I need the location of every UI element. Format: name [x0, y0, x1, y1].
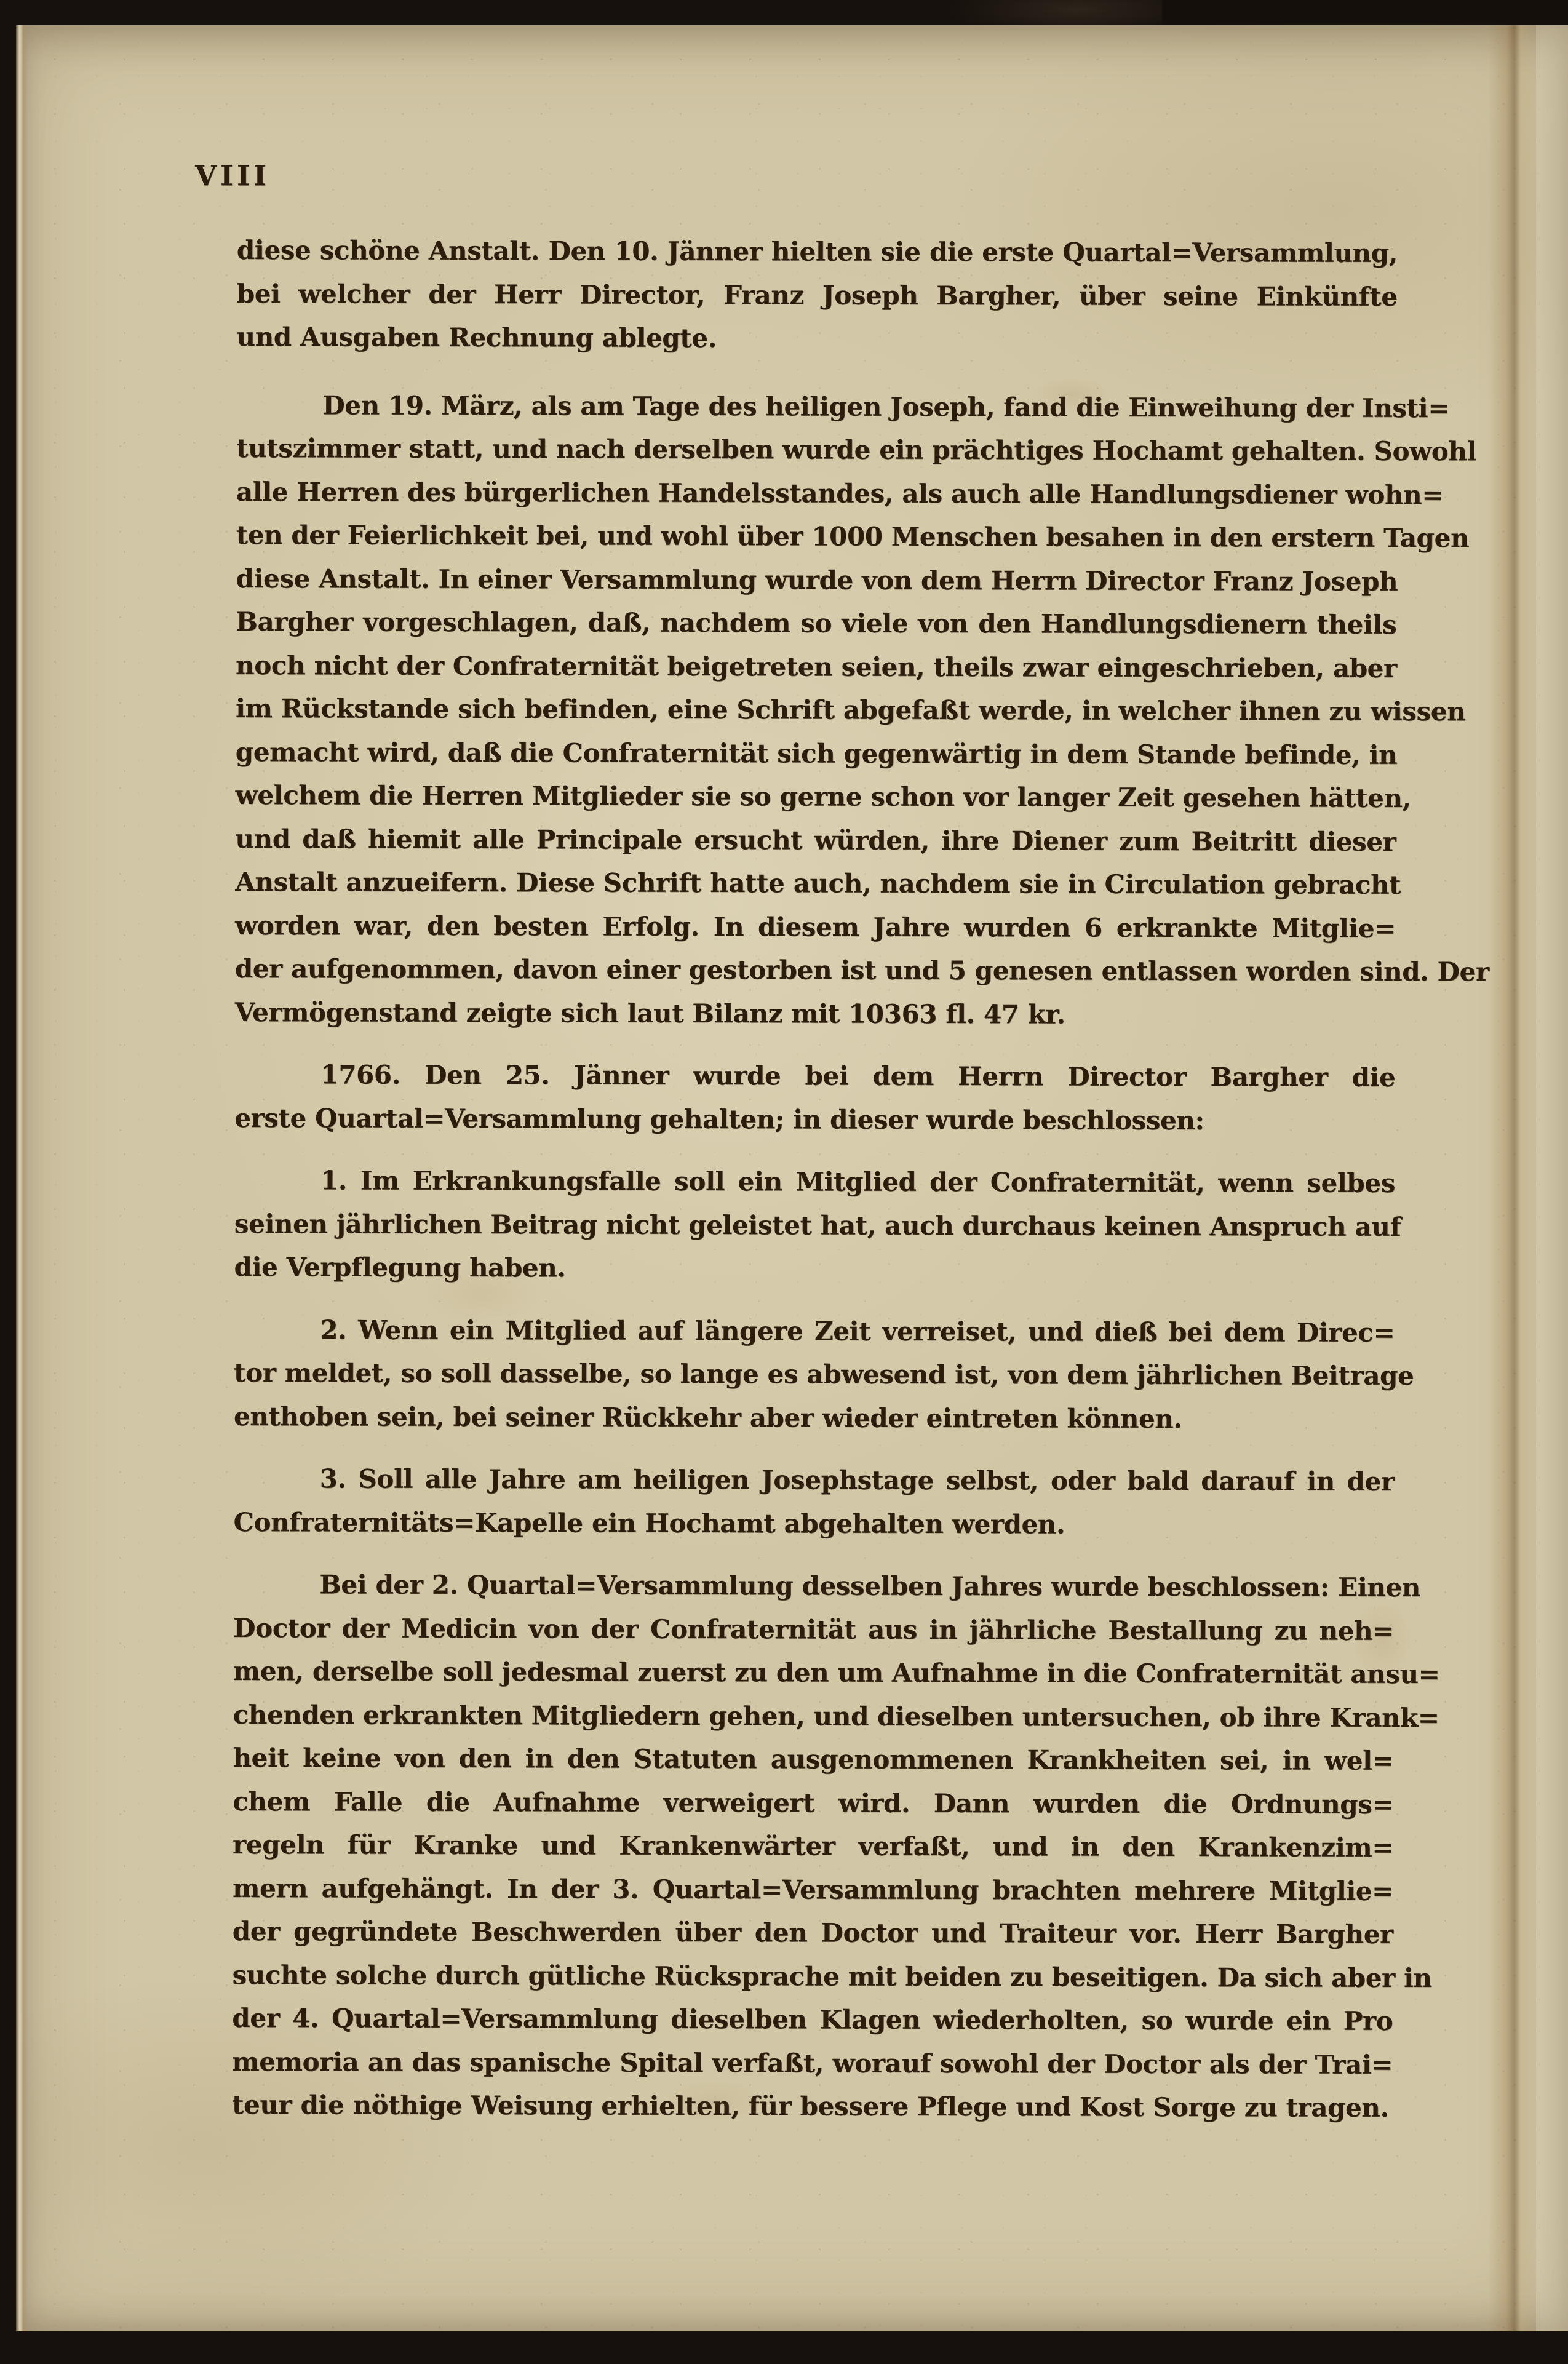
- text-line: tor meldet, so soll dasselbe, so lange e…: [234, 1351, 1395, 1398]
- page-left-edge: [16, 25, 28, 2331]
- page-number: VIII: [195, 159, 270, 192]
- text-line: mern aufgehängt. In der 3. Quartal=Versa…: [233, 1866, 1393, 1912]
- text-line: diese Anstalt. In einer Versammlung wurd…: [236, 557, 1396, 603]
- paragraph: Bei der 2. Quartal=Versammlung desselben…: [232, 1563, 1394, 2130]
- text-line: heit keine von den in den Statuten ausge…: [233, 1737, 1393, 1783]
- text-line: 2. Wenn ein Mitglied auf längere Zeit ve…: [234, 1308, 1395, 1354]
- text-line: tutszimmer statt, und nach derselben wur…: [236, 427, 1397, 473]
- text-line: Bargher vorgeschlagen, daß, nachdem so v…: [236, 600, 1396, 647]
- text-line: erste Quartal=Versammlung gehalten; in d…: [234, 1096, 1395, 1142]
- text-line: alle Herren des bürgerlichen Handelsstan…: [236, 470, 1397, 516]
- text-line: teur die nöthige Weisung erhielten, für …: [232, 2083, 1393, 2130]
- text-line: der gegründete Beschwerden über den Doct…: [233, 1910, 1393, 1956]
- text-line: Doctor der Medicin von der Confraternitä…: [233, 1606, 1394, 1652]
- next-leaf-strip: [1536, 25, 1568, 2331]
- text-line: men, derselbe soll jedesmal zuerst zu de…: [233, 1650, 1394, 1696]
- text-line: Den 19. März, als am Tage des heiligen J…: [236, 383, 1397, 429]
- text-line: 1. Im Erkrankungsfalle soll ein Mitglied…: [234, 1159, 1395, 1205]
- book-scan: VIII diese schöne Anstalt. Den 10. Jänne…: [0, 0, 1568, 2364]
- text-line: Bei der 2. Quartal=Versammlung desselben…: [233, 1563, 1394, 1609]
- text-block: diese schöne Anstalt. Den 10. Jänner hie…: [232, 229, 1398, 2130]
- text-line: 1766. Den 25. Jänner wurde bei dem Herrn…: [234, 1053, 1395, 1099]
- text-line: und Ausgaben Rechnung ablegte.: [236, 316, 1397, 362]
- book-page: VIII diese schöne Anstalt. Den 10. Jänne…: [16, 25, 1568, 2331]
- text-line: worden war, den besten Erfolg. In diesem…: [235, 904, 1396, 950]
- paragraph: 1. Im Erkrankungsfalle soll ein Mitglied…: [234, 1159, 1395, 1292]
- text-line: chenden erkrankten Mitgliedern gehen, un…: [233, 1693, 1394, 1739]
- text-line: chem Falle die Aufnahme verweigert wird.…: [233, 1780, 1393, 1826]
- page-crease: [1488, 25, 1536, 2331]
- paragraph: 1766. Den 25. Jänner wurde bei dem Herrn…: [234, 1053, 1395, 1143]
- text-line: memoria an das spanische Spital verfaßt,…: [232, 2040, 1393, 2086]
- text-line: und daß hiemit alle Principale ersucht w…: [235, 817, 1396, 863]
- paragraph: 2. Wenn ein Mitglied auf längere Zeit ve…: [234, 1308, 1395, 1441]
- text-line: im Rückstande sich befinden, eine Schrif…: [236, 687, 1396, 733]
- paragraph: 3. Soll alle Jahre am heiligen Josephsta…: [233, 1457, 1394, 1547]
- text-line: Confraternitäts=Kapelle ein Hochamt abge…: [233, 1500, 1394, 1546]
- text-line: der aufgenommen, davon einer gestorben i…: [235, 947, 1396, 993]
- text-line: enthoben sein, bei seiner Rückkehr aber …: [234, 1395, 1395, 1441]
- text-line: seinen jährlichen Beitrag nicht geleiste…: [234, 1202, 1395, 1248]
- text-line: der 4. Quartal=Versammlung dieselben Kla…: [232, 1997, 1393, 2043]
- text-line: welchem die Herren Mitglieder sie so ger…: [235, 774, 1396, 820]
- text-line: suchte solche durch gütliche Rücksprache…: [232, 1953, 1393, 1999]
- text-line: noch nicht der Confraternität beigetrete…: [236, 643, 1396, 690]
- text-line: diese schöne Anstalt. Den 10. Jänner hie…: [237, 229, 1398, 275]
- text-line: die Verpflegung haben.: [234, 1246, 1395, 1292]
- text-line: Vermögenstand zeigte sich laut Bilanz mi…: [235, 990, 1396, 1037]
- text-line: bei welcher der Herr Director, Franz Jos…: [237, 272, 1398, 318]
- paragraph: diese schöne Anstalt. Den 10. Jänner hie…: [236, 229, 1398, 362]
- text-line: Anstalt anzueifern. Diese Schrift hatte …: [235, 861, 1396, 907]
- text-line: ten der Feierlichkeit bei, und wohl über…: [236, 514, 1397, 560]
- text-line: gemacht wird, daß die Confraternität sic…: [236, 730, 1396, 776]
- text-line: regeln für Kranke und Krankenwärter verf…: [233, 1823, 1393, 1869]
- paragraph: Den 19. März, als am Tage des heiligen J…: [235, 383, 1398, 1037]
- text-line: 3. Soll alle Jahre am heiligen Josephsta…: [234, 1457, 1395, 1503]
